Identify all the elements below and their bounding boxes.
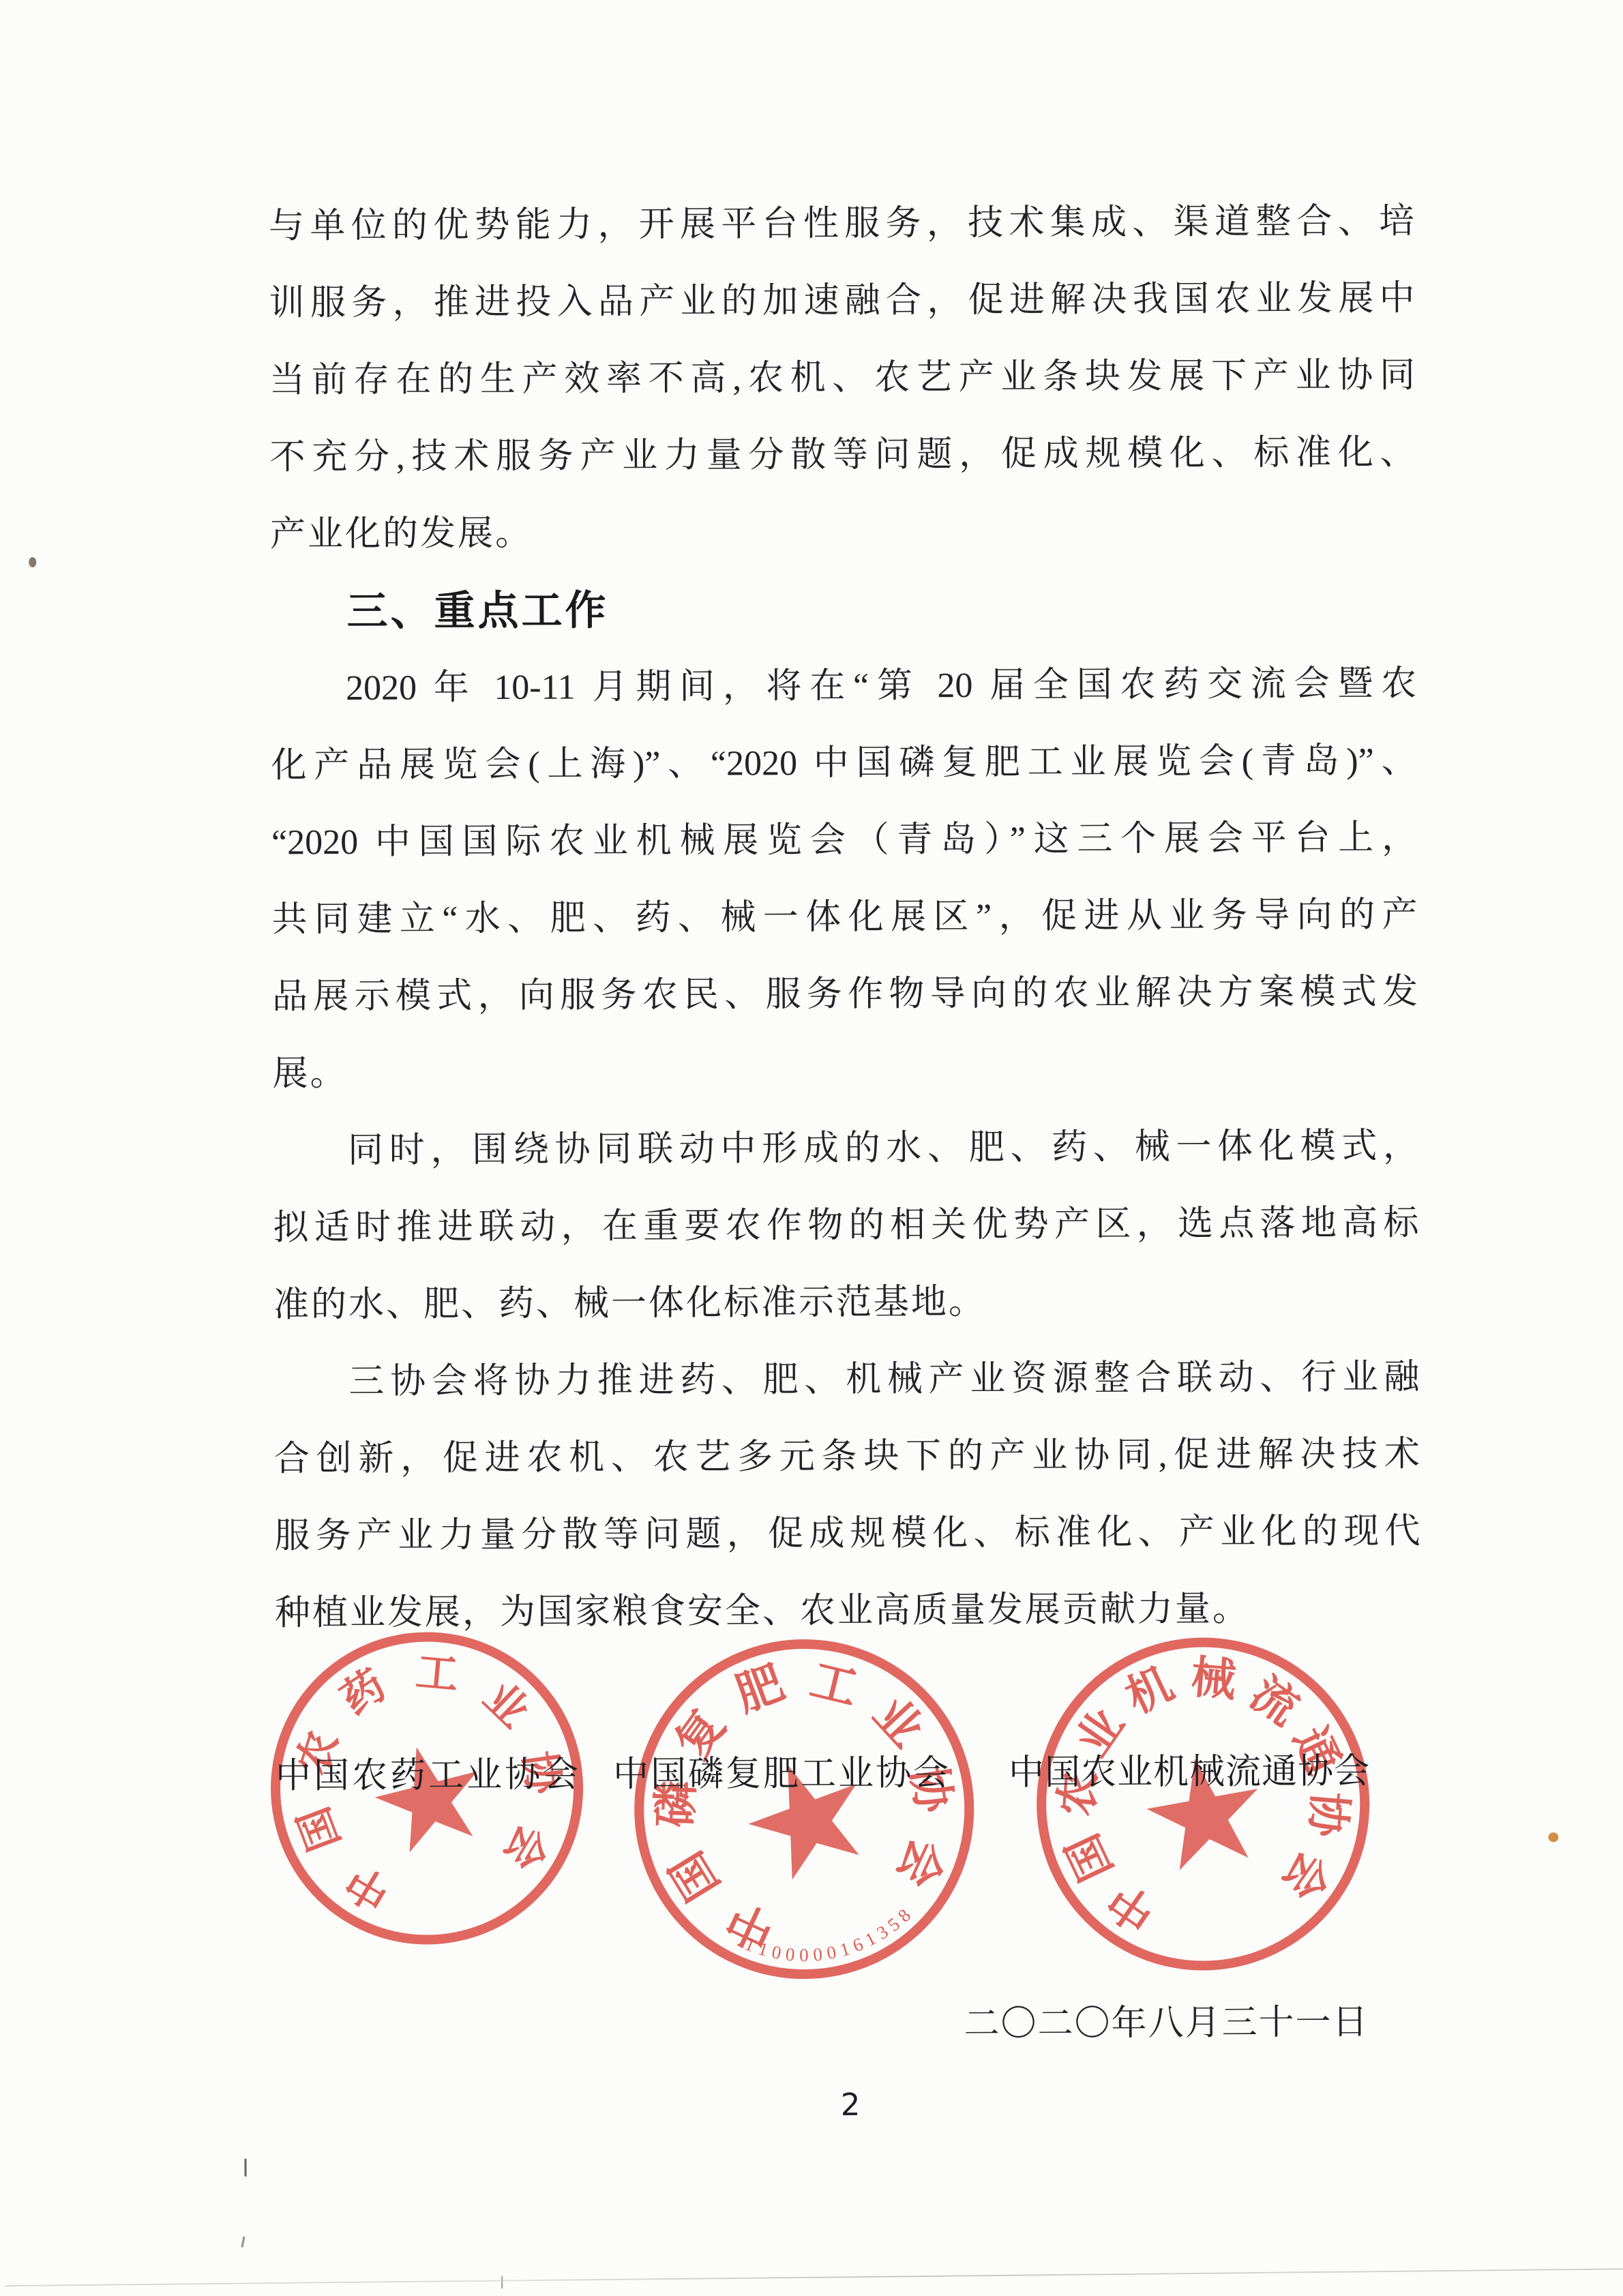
ink-speck — [29, 557, 36, 567]
section-heading: 三、重点工作 — [270, 568, 1416, 650]
text-line: 服务产业力量分散等问题，促成规模化、标准化、产业化的现代 — [274, 1493, 1420, 1575]
seal-arc-char: 药 — [333, 1662, 394, 1724]
seal-arc-char: 肥 — [729, 1656, 790, 1721]
organization-name: 中国农药工业协会 — [276, 1745, 581, 1798]
text-line: 拟适时推进联动，在重要农作物的相关优势产区，选点落地高标 — [273, 1184, 1418, 1266]
seal-serial-digit: 0 — [799, 1945, 809, 1965]
seal-arc-char: 协 — [1300, 1790, 1354, 1840]
page-number: 2 — [827, 2087, 874, 2123]
seal-arc-char: 业 — [475, 1674, 537, 1737]
text-line: 训服务，推进投入品产业的加速融合，促进解决我国农业发展中 — [269, 260, 1414, 342]
text-line: 共同建立“水、肥、药、械一体化展区”，促进从业务导向的产 — [271, 876, 1417, 958]
seal-arc-char: 会 — [887, 1831, 953, 1895]
official-seal-2: ★中国磷复肥工业协会1100000161358 — [623, 1628, 985, 1990]
seal-serial-digit: 0 — [812, 1944, 823, 1965]
text-line: 2020 年 10-11 月期间，将在“第 20 届全国农药交流会暨农 — [271, 645, 1416, 727]
text-line: 与单位的优势能力，开展平台性服务，技术集成、渠道整合、培 — [269, 183, 1414, 265]
text-line: 展。 — [272, 1030, 1418, 1112]
text-line: 不充分,技术服务产业力量分散等问题，促成规模化、标准化、 — [269, 414, 1415, 496]
text-line: 当前存在的生产效率不高,农机、农艺产业条块发展下产业协同 — [269, 337, 1415, 419]
text-line: 合创新，促进农机、农艺多元条块下的产业协同,促进解决技术 — [274, 1416, 1420, 1497]
text-line: 三协会将协力推进药、肥、机械产业资源整合联动、行业融 — [273, 1339, 1419, 1420]
seal-arc-char: 械 — [1189, 1653, 1238, 1706]
organization-name: 中国农业机械流通协会 — [1009, 1742, 1370, 1794]
pen-mark — [501, 2276, 503, 2288]
organization-name: 中国磷复肥工业协会 — [613, 1744, 951, 1796]
stain-speck — [1548, 1832, 1558, 1842]
seal-serial-digit: 0 — [785, 1943, 796, 1965]
seal-arc-char: 工 — [414, 1649, 460, 1699]
signature-organizations: 中国农药工业协会中国磷复肥工业协会中国农业机械流通协会 — [3, 1741, 1623, 1795]
scan-content: 与单位的优势能力，开展平台性服务，技术集成、渠道整合、培训服务，推进投入品产业的… — [0, 0, 1623, 2296]
document-body: 与单位的优势能力，开展平台性服务，技术集成、渠道整合、培训服务，推进投入品产业的… — [269, 183, 1420, 1652]
scan-artifact-line — [5, 2268, 1623, 2286]
seal-serial-digit: 0 — [825, 1941, 838, 1963]
seal-arc-char: 国 — [1058, 1826, 1122, 1888]
seal-arc-char: 国 — [291, 1801, 349, 1857]
signature-date: 二〇二〇年八月三十一日 — [964, 1993, 1369, 2046]
seal-serial-digit: 0 — [770, 1941, 783, 1963]
seal-arc-char: 机 — [1119, 1659, 1181, 1723]
text-line: 产业化的发展。 — [270, 491, 1416, 573]
star-icon: ★ — [351, 1710, 509, 1888]
text-line: 化产品展览会(上海)”、“2020 中国磷复肥工业展览会(青岛)”、 — [271, 722, 1416, 804]
seal-serial-digit: 1 — [837, 1938, 852, 1960]
official-seal-3: ★中国农业机械流通协会 — [1026, 1626, 1380, 1981]
seal-arc-char: 工 — [805, 1654, 863, 1715]
text-line: 同时，围绕协同联动中形成的水、肥、药、械一体化模式， — [273, 1107, 1418, 1189]
text-line: 准的水、肥、药、械一体化标准示范基地。 — [273, 1262, 1419, 1343]
pen-mark — [244, 2159, 246, 2177]
seal-arc-char: 会 — [494, 1817, 556, 1877]
text-line: “2020 中国国际农业机械展览会（青岛）”这三个展会平台上， — [271, 799, 1417, 881]
scanned-document-page: 与单位的优势能力，开展平台性服务，技术集成、渠道整合、培训服务，推进投入品产业的… — [0, 0, 1623, 2296]
pen-mark — [241, 2237, 245, 2248]
text-line: 品展示模式，向服务农民、服务作物导向的农业解决方案模式发 — [272, 953, 1418, 1035]
